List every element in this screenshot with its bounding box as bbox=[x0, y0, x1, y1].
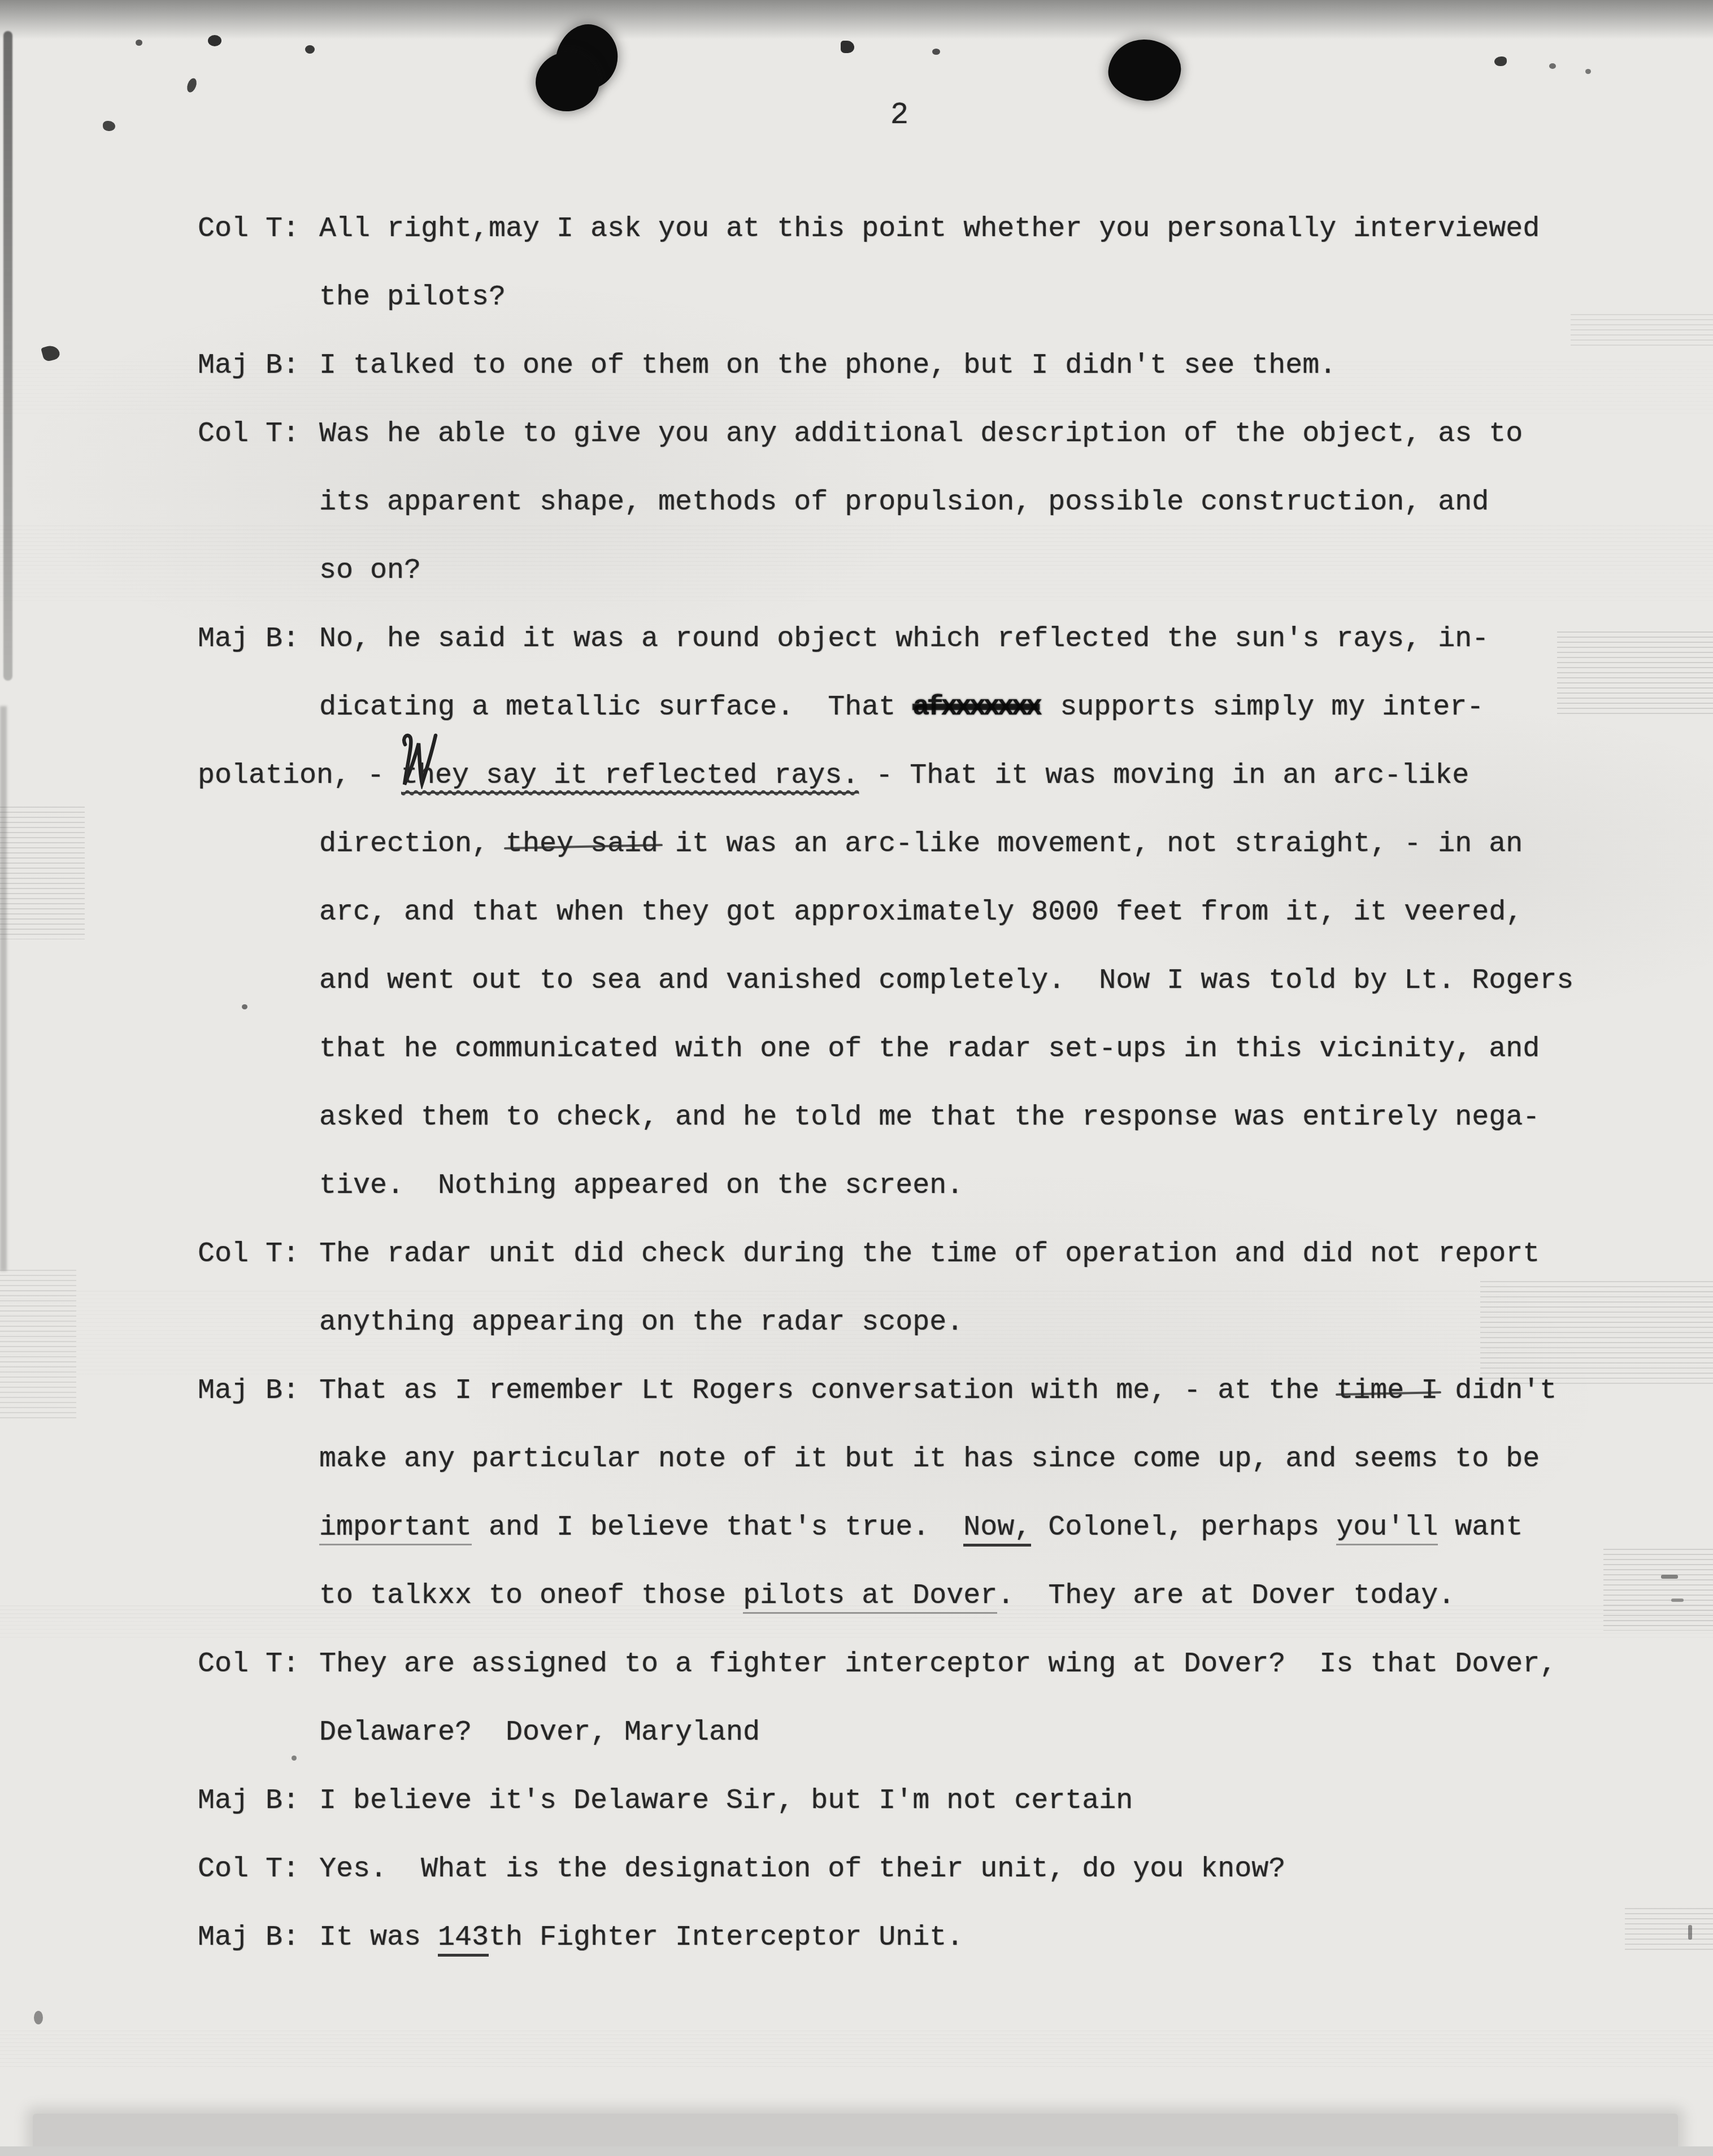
speaker-label: Maj B: bbox=[198, 1357, 319, 1425]
text-segment: . They are at Dover today. bbox=[997, 1580, 1455, 1612]
ink-speck bbox=[185, 77, 198, 94]
scan-edge-shadow bbox=[0, 706, 7, 1271]
transcript-line: Col T:The radar unit did check during th… bbox=[198, 1220, 1573, 1288]
text-segment: make any particular note of it but it ha… bbox=[319, 1443, 1540, 1475]
speaker-label: Col T: bbox=[198, 195, 319, 263]
text-segment: didn't bbox=[1438, 1375, 1557, 1407]
text-segment: to talkxx to oneof those bbox=[319, 1580, 743, 1612]
transcript-line: dicating a metallic surface. That afxxxx… bbox=[198, 673, 1573, 742]
text-segment: dicating a metallic surface. That bbox=[319, 691, 912, 724]
text-segment: and went out to sea and vanished complet… bbox=[319, 965, 1573, 997]
text-segment: arc, and that when they got approximatel… bbox=[319, 896, 1523, 929]
text-segment: that he communicated with one of the rad… bbox=[319, 1033, 1540, 1065]
annotated-text-strike: they said bbox=[506, 828, 658, 860]
annotated-text-light: pilots at Dover bbox=[743, 1580, 997, 1614]
ink-speck bbox=[305, 45, 315, 54]
text-segment: supports simply my inter- bbox=[1043, 691, 1484, 724]
text-segment: polation, - bbox=[198, 760, 401, 792]
ink-speck bbox=[1549, 63, 1556, 69]
ink-speck bbox=[841, 41, 854, 53]
speaker-label: Maj B: bbox=[198, 605, 319, 673]
transcript-line: and went out to sea and vanished complet… bbox=[198, 947, 1573, 1015]
transcript-line: important and I believe that's true. Now… bbox=[198, 1493, 1573, 1562]
transcript-line: Maj B:That as I remember Lt Rogers conve… bbox=[198, 1357, 1573, 1425]
text-segment: It was bbox=[319, 1922, 438, 1954]
ink-speck bbox=[34, 2011, 43, 2024]
page-number: 2 bbox=[877, 99, 922, 133]
ink-speck bbox=[136, 40, 142, 46]
transcript-line: Col T:They are assigned to a fighter int… bbox=[198, 1630, 1573, 1698]
speaker-label: Maj B: bbox=[198, 332, 319, 400]
transcript-line: make any particular note of it but it ha… bbox=[198, 1425, 1573, 1493]
transcript-line: Col T:All right,may I ask you at this po… bbox=[198, 195, 1573, 263]
transcript-line: so on? bbox=[198, 537, 1573, 605]
transcript-line: its apparent shape, methods of propulsio… bbox=[198, 468, 1573, 537]
text-segment: The radar unit did check during the time… bbox=[319, 1238, 1540, 1270]
speaker-label: Col T: bbox=[198, 400, 319, 468]
transcript-line: tive. Nothing appeared on the screen. bbox=[198, 1152, 1573, 1220]
text-segment: the pilots? bbox=[319, 281, 506, 313]
text-segment: so on? bbox=[319, 555, 421, 587]
transcript-line: Delaware? Dover, Maryland bbox=[198, 1698, 1573, 1767]
annotated-text-strike: time I bbox=[1336, 1375, 1438, 1407]
text-segment: and I believe that's true. bbox=[472, 1512, 963, 1544]
text-segment: No, he said it was a round object which … bbox=[319, 623, 1489, 655]
transcript-line: Col T:Was he able to give you any additi… bbox=[198, 400, 1573, 468]
ink-speck bbox=[41, 344, 61, 363]
scan-streak bbox=[0, 2031, 1713, 2070]
ink-speck bbox=[1494, 56, 1507, 66]
speaker-label: Maj B: bbox=[198, 1904, 319, 1972]
transcript-line: Maj B:I talked to one of them on the pho… bbox=[198, 332, 1573, 400]
transcript-line: the pilots? bbox=[198, 263, 1573, 332]
annotated-text-xout: afxxxxxxx bbox=[912, 691, 1043, 724]
transcript-line: anything appearing on the radar scope. bbox=[198, 1288, 1573, 1357]
speaker-label: Maj B: bbox=[198, 1767, 319, 1835]
transcript-line: Maj B:No, he said it was a round object … bbox=[198, 605, 1573, 673]
annotated-text-light: important bbox=[319, 1512, 472, 1545]
text-segment: I talked to one of them on the phone, bu… bbox=[319, 350, 1336, 382]
annotated-text-under: Now, bbox=[963, 1512, 1031, 1547]
speaker-label: Col T: bbox=[198, 1220, 319, 1288]
ink-speck bbox=[932, 49, 940, 55]
transcript-line: asked them to check, and he told me that… bbox=[198, 1083, 1573, 1152]
text-segment: They are assigned to a fighter intercept… bbox=[319, 1648, 1557, 1680]
ink-blob bbox=[1106, 37, 1184, 104]
text-segment: Yes. What is the designation of their un… bbox=[319, 1853, 1285, 1885]
text-segment: anything appearing on the radar scope. bbox=[319, 1306, 963, 1339]
ink-speck bbox=[103, 121, 115, 131]
transcript-line: direction, they said it was an arc-like … bbox=[198, 810, 1573, 878]
transcript-line: Col T:Yes. What is the designation of th… bbox=[198, 1835, 1573, 1904]
text-segment: direction, bbox=[319, 828, 506, 860]
text-segment: tive. Nothing appeared on the screen. bbox=[319, 1170, 963, 1202]
text-segment: Colonel, perhaps bbox=[1031, 1512, 1336, 1544]
text-segment: Was he able to give you any additional d… bbox=[319, 418, 1523, 450]
ink-speck bbox=[208, 35, 221, 46]
text-segment: - That it was moving in an arc-like bbox=[859, 760, 1469, 792]
scan-bottom-strip bbox=[0, 2146, 1713, 2156]
scan-streak bbox=[1625, 1908, 1713, 1953]
text-segment: Delaware? Dover, Maryland bbox=[319, 1717, 760, 1749]
text-segment: asked them to check, and he told me that… bbox=[319, 1101, 1540, 1134]
transcript-line: Maj B:I believe it's Delaware Sir, but I… bbox=[198, 1767, 1573, 1835]
text-segment: All right,may I ask you at this point wh… bbox=[319, 213, 1540, 245]
scanned-document-page: 2 W Col T:All right,may I ask you at thi… bbox=[0, 0, 1713, 2156]
transcript-line: polation, - they say it reflected rays. … bbox=[198, 742, 1573, 810]
annotated-text-under: 143 bbox=[438, 1922, 489, 1957]
transcript: Col T:All right,may I ask you at this po… bbox=[198, 195, 1573, 1972]
transcript-line: to talkxx to oneof those pilots at Dover… bbox=[198, 1562, 1573, 1630]
text-segment: th Fighter Interceptor Unit. bbox=[489, 1922, 963, 1954]
text-segment: its apparent shape, methods of propulsio… bbox=[319, 486, 1489, 519]
text-segment: it was an arc-like movement, not straigh… bbox=[658, 828, 1523, 860]
text-segment: That as I remember Lt Rogers conversatio… bbox=[319, 1375, 1336, 1407]
text-segment: I believe it's Delaware Sir, but I'm not… bbox=[319, 1785, 1133, 1817]
speaker-label: Col T: bbox=[198, 1835, 319, 1904]
annotated-text-wavy: they say it reflected rays. bbox=[401, 760, 859, 794]
scan-streak bbox=[0, 807, 85, 939]
speaker-label: Col T: bbox=[198, 1630, 319, 1698]
scan-streak bbox=[1557, 631, 1713, 716]
annotated-text-light: you'll bbox=[1336, 1512, 1438, 1545]
transcript-line: that he communicated with one of the rad… bbox=[198, 1015, 1573, 1083]
transcript-line: Maj B:It was 143th Fighter Interceptor U… bbox=[198, 1904, 1573, 1972]
text-segment: want bbox=[1438, 1512, 1523, 1544]
transcript-line: arc, and that when they got approximatel… bbox=[198, 878, 1573, 947]
scan-streak bbox=[1571, 314, 1713, 348]
ink-speck bbox=[1585, 69, 1591, 74]
